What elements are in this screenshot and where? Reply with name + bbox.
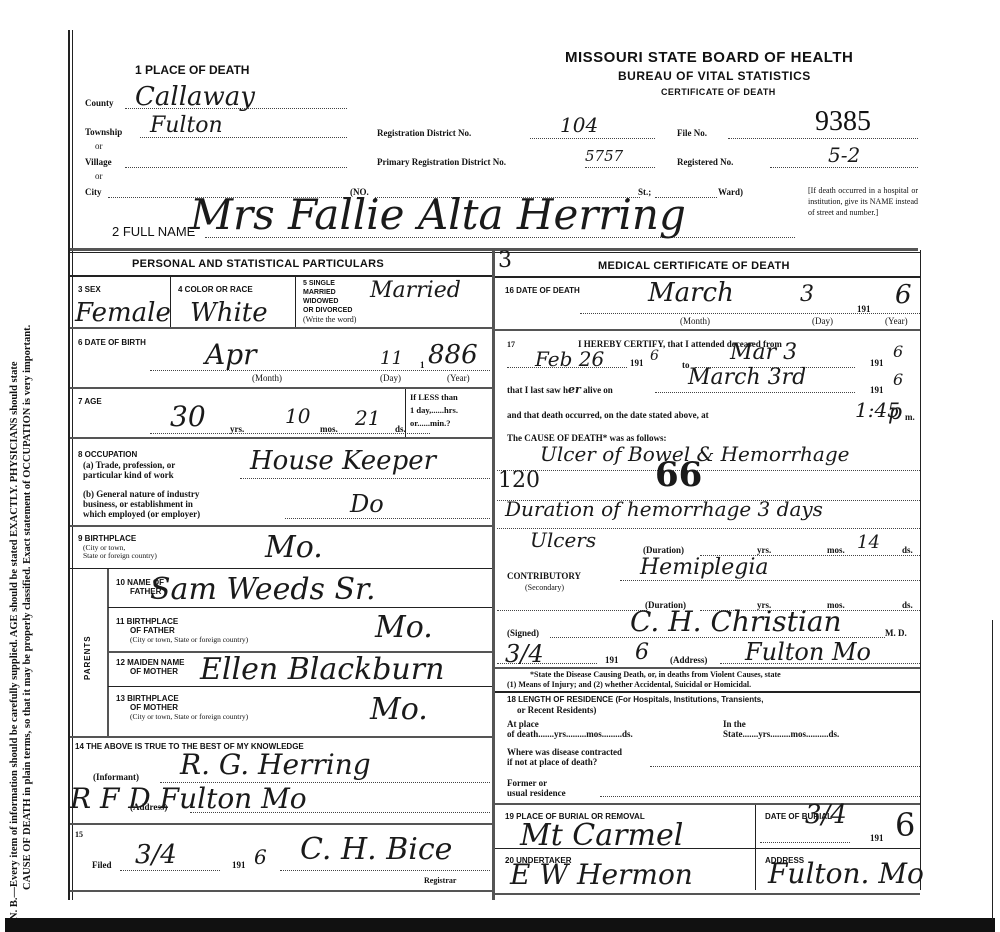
residence-label-2: or Recent Residents) — [507, 705, 763, 715]
contributory-line — [620, 580, 920, 581]
signed-year: 6 — [635, 640, 649, 665]
or-label-2: or — [95, 171, 103, 181]
occupation-a-value: House Keeper — [250, 446, 436, 476]
less-than-1: If LESS than — [410, 391, 458, 404]
last-saw-suffix: er — [568, 383, 581, 396]
occupation-a-label: (a) Trade, profession, or particular kin… — [83, 460, 175, 480]
dob-year-caption: (Year) — [447, 373, 470, 383]
form-subtitle: BUREAU OF VITAL STATISTICS — [618, 69, 811, 83]
row-sep-3 — [70, 437, 492, 439]
burial-date-value: 3/4 — [805, 800, 847, 830]
attended-from-year: 6 — [650, 348, 659, 364]
duration-label-1: (Duration) — [643, 545, 684, 555]
village-line — [125, 167, 347, 168]
color-label: 4 COLOR OR RACE — [178, 285, 253, 294]
birthplace-sub: (City or town, State or foreign country) — [83, 544, 157, 560]
cause-line-1-rule — [497, 470, 920, 471]
in-state: In the State.......yrs.........mos......… — [723, 719, 839, 739]
death-occurred-text: and that death occurred, on the date sta… — [507, 410, 709, 420]
med-row-sep-2 — [495, 667, 920, 669]
attended-from-year-prefix: 191 — [630, 358, 644, 368]
primary-district-line — [585, 167, 655, 168]
filed-year-prefix: 191 — [232, 860, 246, 870]
personal-heading: PERSONAL AND STATISTICAL PARTICULARS — [132, 258, 384, 270]
dob-month-caption: (Month) — [252, 373, 282, 383]
less-than-2: 1 day,......hrs. — [410, 404, 458, 417]
place-of-death-heading: 1 PLACE OF DEATH — [135, 63, 249, 77]
am-pm-label: m. — [905, 412, 915, 422]
signed-value: C. H. Christian — [630, 605, 842, 638]
dob-month: Apr — [205, 338, 257, 371]
row-sep-8 — [108, 686, 492, 687]
last-saw-line — [655, 392, 855, 393]
certificate-heading: CERTIFICATE OF DEATH — [661, 87, 776, 97]
burial-date-line — [760, 842, 850, 843]
occupation-a-line — [240, 478, 490, 479]
or-label-1: or — [95, 141, 103, 151]
village-label: Village — [85, 157, 112, 167]
full-name-value: Mrs Fallie Alta Herring — [190, 190, 686, 239]
left-border-inner — [72, 30, 73, 900]
med-row-sep-1 — [495, 329, 920, 331]
med-row-sep-3 — [495, 691, 920, 693]
primary-district-label: Primary Registration District No. — [377, 157, 506, 167]
dod-label: 16 DATE OF DEATH — [505, 286, 580, 295]
registered-no-label: Registered No. — [677, 157, 733, 167]
dod-year: 6 — [895, 280, 912, 310]
dob-year-prefix: 1 — [420, 360, 425, 370]
med-row-sep-4 — [495, 803, 920, 805]
row-sep-4 — [70, 525, 492, 527]
contributory-line-2 — [497, 610, 647, 611]
birthplace-label: 9 BIRTHPLACE — [78, 534, 136, 543]
burial-year: 6 — [895, 806, 915, 844]
cause-line-3: Ulcers — [530, 528, 596, 552]
dob-year: 886 — [428, 340, 478, 370]
file-no-label: File No. — [677, 128, 707, 138]
medical-margin-mark: 3 — [498, 248, 512, 273]
mother-bp-label-2: OF MOTHER — [116, 703, 248, 712]
side-note: N. B.—Every item of information should b… — [8, 325, 34, 920]
dob-line — [150, 370, 490, 371]
mother-birthplace-value: Mo. — [370, 692, 428, 727]
father-bp-label-3: (City or town, State or foreign country) — [116, 635, 248, 644]
dob-day-caption: (Day) — [380, 373, 401, 383]
filed-label: Filed — [92, 860, 112, 870]
dod-day: 3 — [800, 282, 814, 307]
secondary-label: (Secondary) — [525, 583, 564, 592]
where-contracted-2: if not at place of death? — [507, 757, 622, 767]
bottom-rule-left — [70, 890, 492, 892]
marital-value: Married — [370, 278, 461, 303]
sex-label: 3 SEX — [78, 285, 101, 294]
informant-address-value: R F D Fulton Mo — [70, 782, 307, 815]
duration-days-value: 14 — [857, 532, 880, 553]
last-saw-label: that I last saw her alive on — [507, 383, 613, 396]
duration-mos-1: mos. — [827, 545, 845, 555]
md-label: M. D. — [885, 628, 907, 638]
filed-value: 3/4 — [135, 840, 177, 870]
filed-year: 6 — [254, 845, 267, 869]
cause-line-2: Duration of hemorrhage 3 days — [505, 497, 823, 521]
dob-day: 11 — [380, 348, 403, 369]
age-years: 30 — [170, 400, 206, 433]
personal-heading-top — [70, 252, 492, 253]
father-birthplace-label: 11 BIRTHPLACE OF FATHER (City or town, S… — [116, 617, 248, 644]
sex-value: Female — [75, 298, 171, 328]
residence-label-1: 18 LENGTH OF RESIDENCE (For Hospitals, I… — [507, 694, 763, 705]
file-no-line — [728, 138, 918, 139]
father-name-value: Sam Weeds Sr. — [150, 572, 376, 607]
registered-no-value: 5-2 — [828, 143, 860, 167]
left-border — [68, 30, 70, 900]
informant-label: (Informant) — [93, 772, 139, 782]
bottom-black-band — [5, 918, 995, 932]
residence-label: 18 LENGTH OF RESIDENCE (For Hospitals, I… — [507, 694, 763, 715]
last-saw-year: 6 — [893, 370, 903, 389]
last-saw-value: March 3rd — [688, 365, 806, 390]
color-divider — [295, 277, 296, 327]
occupation-b-line — [285, 518, 490, 519]
at-place: At place of death.......yrs.........mos.… — [507, 719, 633, 739]
mother-birthplace-label: 13 BIRTHPLACE OF MOTHER (City or town, S… — [116, 694, 248, 721]
former-residence: Former or usual residence — [507, 778, 566, 798]
registration-district-line — [530, 138, 655, 139]
footnote-line-1: *State the Disease Causing Death, or, in… — [507, 670, 781, 680]
mother-name-label: 12 MAIDEN NAME OF MOTHER — [116, 658, 184, 676]
in-state-1: In the — [723, 719, 839, 729]
age-mos-label: mos. — [320, 424, 338, 434]
occ-b-line-1: (b) General nature of industry — [83, 489, 200, 499]
right-edge — [992, 620, 993, 920]
township-label: Township — [85, 127, 122, 137]
footnote: *State the Disease Causing Death, or, in… — [507, 670, 781, 690]
registrar-value: C. H. Bice — [300, 832, 452, 867]
cause-code: 120 — [498, 468, 540, 493]
occupation-label: 8 OCCUPATION — [78, 450, 137, 459]
medical-heading-top — [495, 252, 920, 253]
where-contracted-1: Where was disease contracted — [507, 747, 622, 757]
informant-value: R. G. Herring — [180, 748, 371, 781]
attended-to-year-prefix: 191 — [870, 358, 884, 368]
dod-day-caption: (Day) — [812, 316, 833, 326]
dob-label: 6 DATE OF BIRTH — [78, 338, 146, 347]
personal-heading-bottom — [70, 275, 492, 277]
alive-on-text: alive on — [583, 385, 613, 395]
attended-to-year: 6 — [893, 342, 903, 361]
less-than-divider — [405, 389, 406, 437]
signed-year-prefix: 191 — [605, 655, 619, 665]
duration-ds-1: ds. — [902, 545, 913, 555]
filed-num: 15 — [75, 830, 83, 839]
filed-line — [120, 870, 220, 871]
sex-divider — [170, 277, 171, 327]
registrar-label: Registrar — [424, 876, 456, 885]
father-bp-label-2: OF FATHER — [116, 626, 248, 635]
death-time-suffix: p — [888, 400, 902, 425]
side-note-line-1: N. B.—Every item of information should b… — [8, 325, 21, 920]
age-months: 10 — [285, 404, 310, 428]
less-than-3: or......min.? — [410, 417, 458, 430]
age-yrs-label: yrs. — [230, 424, 244, 434]
last-saw-year-prefix: 191 — [870, 385, 884, 395]
footnote-line-2: (1) Means of Injury; and (2) whether Acc… — [507, 680, 781, 690]
age-label: 7 AGE — [78, 397, 102, 406]
attended-from: Feb 26 — [535, 347, 604, 371]
former-residence-2: usual residence — [507, 788, 566, 798]
marital-divorced: OR DIVORCED — [303, 306, 356, 315]
at-place-1: At place — [507, 719, 633, 729]
signed-address-value: Fulton Mo — [745, 638, 871, 666]
township-value: Fulton — [150, 113, 223, 138]
marital-widowed: WIDOWED — [303, 297, 356, 306]
ward-label: Ward) — [718, 187, 743, 197]
row-sep-5 — [70, 568, 492, 569]
last-saw-text: that I last saw h — [507, 385, 568, 395]
mother-name-label-2: OF MOTHER — [116, 667, 184, 676]
contributory-value: Hemiplegia — [640, 555, 768, 580]
cause-mark: 66 — [655, 455, 702, 495]
occ-b-line-2: business, or establishment in — [83, 499, 200, 509]
hospital-note: [If death occurred in a hospital or inst… — [808, 185, 918, 218]
dod-year-caption: (Year) — [885, 316, 908, 326]
burial-year-prefix: 191 — [870, 833, 884, 843]
occ-a-line-2: particular kind of work — [83, 470, 175, 480]
row-sep-1 — [70, 327, 492, 329]
full-name-label: 2 FULL NAME — [112, 224, 195, 239]
parents-divider — [107, 569, 109, 737]
dod-month-caption: (Month) — [680, 316, 710, 326]
mother-name-label-1: 12 MAIDEN NAME — [116, 658, 184, 667]
mother-bp-label-1: 13 BIRTHPLACE — [116, 694, 248, 703]
less-than-box: If LESS than 1 day,......hrs. or......mi… — [410, 391, 458, 430]
certify-num: 17 — [507, 340, 515, 349]
county-label: County — [85, 98, 114, 108]
marital-married: MARRIED — [303, 288, 356, 297]
duration-yrs-1: yrs. — [757, 545, 771, 555]
at-place-2: of death.......yrs.........mos.........d… — [507, 729, 633, 739]
city-label: City — [85, 187, 102, 197]
occupation-b-value: Do — [350, 490, 384, 518]
in-state-2: State.......yrs.........mos..........ds. — [723, 729, 839, 739]
undertaker-address-value: Fulton. Mo — [768, 857, 924, 890]
father-birthplace-value: Mo. — [375, 610, 433, 645]
duration-ds-2: ds. — [902, 600, 913, 610]
mother-name-value: Ellen Blackburn — [200, 652, 444, 687]
county-value: Callaway — [135, 82, 255, 112]
marital-single: 5 SINGLE — [303, 279, 356, 288]
marital-labels: 5 SINGLE MARRIED WIDOWED OR DIVORCED (Wr… — [303, 279, 356, 324]
medical-heading: MEDICAL CERTIFICATE OF DEATH — [598, 260, 790, 272]
occ-b-line-3: which employed (or employer) — [83, 509, 200, 519]
file-no-value: 9385 — [815, 106, 871, 138]
row-sep-2 — [70, 387, 492, 389]
age-line — [150, 433, 430, 434]
registration-district-value: 104 — [560, 113, 598, 137]
undertaker-value: E W Hermon — [510, 858, 693, 891]
former-residence-line — [600, 796, 920, 797]
signed-address-label: (Address) — [670, 655, 707, 665]
form-title: MISSOURI STATE BOARD OF HEALTH — [565, 49, 853, 66]
contributory-label: CONTRIBUTORY — [507, 571, 581, 581]
signed-label: (Signed) — [507, 628, 539, 638]
former-residence-1: Former or — [507, 778, 566, 788]
med-row-sep-5 — [495, 848, 920, 849]
parents-label: PARENTS — [83, 635, 92, 680]
dod-month: March — [648, 278, 734, 308]
mother-bp-label-3: (City or town, State or foreign country) — [116, 712, 248, 721]
dod-year-prefix: 191 — [857, 304, 871, 314]
father-bp-label-1: 11 BIRTHPLACE — [116, 617, 248, 626]
birthplace-value: Mo. — [265, 530, 323, 565]
birthplace-sub-2: State or foreign country) — [83, 552, 157, 560]
signed-date: 3/4 — [505, 640, 544, 668]
marital-write: (Write the word) — [303, 315, 356, 324]
attended-to: Mar 3 — [730, 340, 797, 365]
side-note-line-2: CAUSE OF DEATH in plain terms, so that i… — [21, 325, 34, 920]
registrar-line — [280, 870, 490, 871]
right-column-border — [920, 250, 921, 890]
primary-district-value: 5757 — [585, 147, 623, 165]
row-sep-6 — [108, 607, 492, 608]
occupation-b-label: (b) General nature of industry business,… — [83, 489, 200, 519]
where-contracted-line — [650, 766, 920, 767]
row-sep-9 — [70, 736, 492, 738]
row-sep-10 — [70, 823, 492, 825]
occ-a-line-1: (a) Trade, profession, or — [83, 460, 175, 470]
registered-no-line — [770, 167, 918, 168]
color-value: White — [190, 298, 268, 328]
where-contracted: Where was disease contracted if not at p… — [507, 747, 622, 767]
age-days: 21 — [355, 406, 380, 430]
registration-district-label: Registration District No. — [377, 128, 471, 138]
bottom-rule-right — [495, 893, 920, 895]
